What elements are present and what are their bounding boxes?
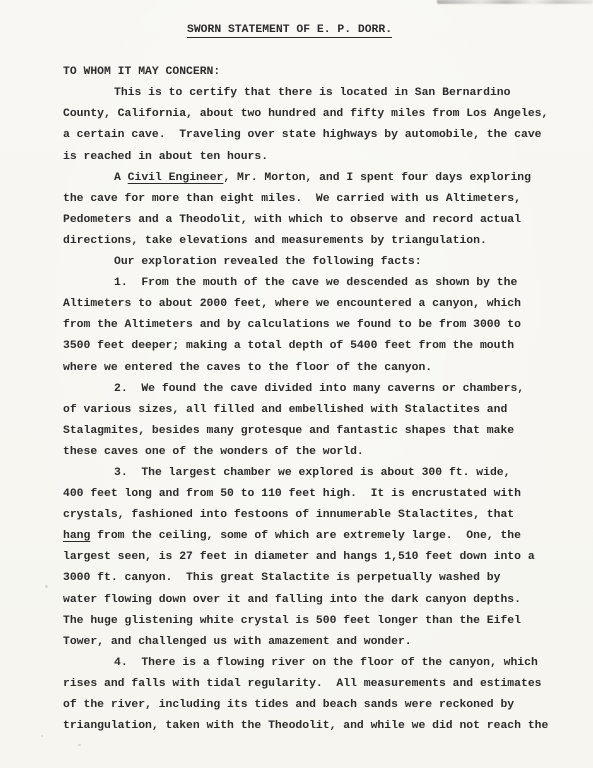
text-line: 4. There is a flowing river on the floor… bbox=[63, 653, 593, 674]
text-line: Stalagmites, besides many grotesque and … bbox=[63, 421, 593, 442]
text-line: a certain cave. Traveling over state hig… bbox=[63, 125, 593, 146]
text-line: rises and falls with tidal regularity. A… bbox=[63, 674, 593, 695]
text-line: largest seen, is 27 feet in diameter and… bbox=[63, 547, 593, 568]
text-line: 3000 ft. canyon. This great Stalactite i… bbox=[63, 568, 593, 589]
scan-speck bbox=[41, 735, 43, 737]
underlined-text: hang bbox=[63, 530, 90, 542]
text-line: County, California, about two hundred an… bbox=[63, 104, 593, 125]
text-line: of various sizes, all filled and embelli… bbox=[63, 400, 593, 421]
text-line: directions, take elevations and measurem… bbox=[63, 231, 593, 252]
text-line: is reached in about ten hours. bbox=[63, 147, 593, 168]
scan-artifact bbox=[437, 0, 593, 4]
scan-speck bbox=[137, 594, 139, 596]
text-line: the cave for more than eight miles. We c… bbox=[63, 189, 593, 210]
text-segment: A bbox=[114, 172, 128, 184]
text-line: Pedometers and a Theodolit, with which t… bbox=[63, 210, 593, 231]
text-line: water flowing down over it and falling i… bbox=[63, 590, 593, 611]
scan-speck bbox=[78, 744, 81, 746]
title-text: SWORN STATEMENT OF E. P. DORR. bbox=[187, 24, 392, 38]
text-line: Altimeters to about 2000 feet, where we … bbox=[63, 294, 593, 315]
text-line: 1. From the mouth of the cave we descend… bbox=[63, 273, 593, 294]
text-line: from the Altimeters and by calculations … bbox=[63, 315, 593, 336]
text-line: A Civil Engineer, Mr. Morton, and I spen… bbox=[63, 168, 593, 189]
underlined-text: Civil Engineer bbox=[128, 172, 224, 184]
text-segment: from the ceiling, some of which are extr… bbox=[90, 530, 521, 542]
text-line: 400 feet long and from 50 to 110 feet hi… bbox=[63, 484, 593, 505]
text-line: Our exploration revealed the following f… bbox=[63, 252, 593, 273]
text-line: 3500 feet deeper; making a total depth o… bbox=[63, 336, 593, 357]
text-line: Tower, and challenged us with amazement … bbox=[63, 632, 593, 653]
text-line: triangulation, taken with the Theodolit,… bbox=[63, 716, 593, 737]
document-page: SWORN STATEMENT OF E. P. DORR. TO WHOM I… bbox=[0, 0, 593, 768]
text-line: crystals, fashioned into festoons of inn… bbox=[63, 505, 593, 526]
text-line: This is to certify that there is located… bbox=[63, 83, 593, 104]
text-line: hang from the ceiling, some of which are… bbox=[63, 526, 593, 547]
text-segment: , Mr. Morton, and I spent four days expl… bbox=[223, 172, 531, 184]
blank-line bbox=[63, 41, 593, 62]
document-title: SWORN STATEMENT OF E. P. DORR. bbox=[63, 20, 593, 41]
text-line: these caves one of the wonders of the wo… bbox=[63, 442, 593, 463]
text-line: where we entered the caves to the floor … bbox=[63, 358, 593, 379]
text-line: The huge glistening white crystal is 500… bbox=[63, 611, 593, 632]
text-line: 3. The largest chamber we explored is ab… bbox=[63, 463, 593, 484]
salutation: TO WHOM IT MAY CONCERN: bbox=[63, 62, 593, 83]
text-line: 2. We found the cave divided into many c… bbox=[63, 379, 593, 400]
text-line: of the river, including its tides and be… bbox=[63, 695, 593, 716]
scan-speck bbox=[45, 585, 48, 588]
